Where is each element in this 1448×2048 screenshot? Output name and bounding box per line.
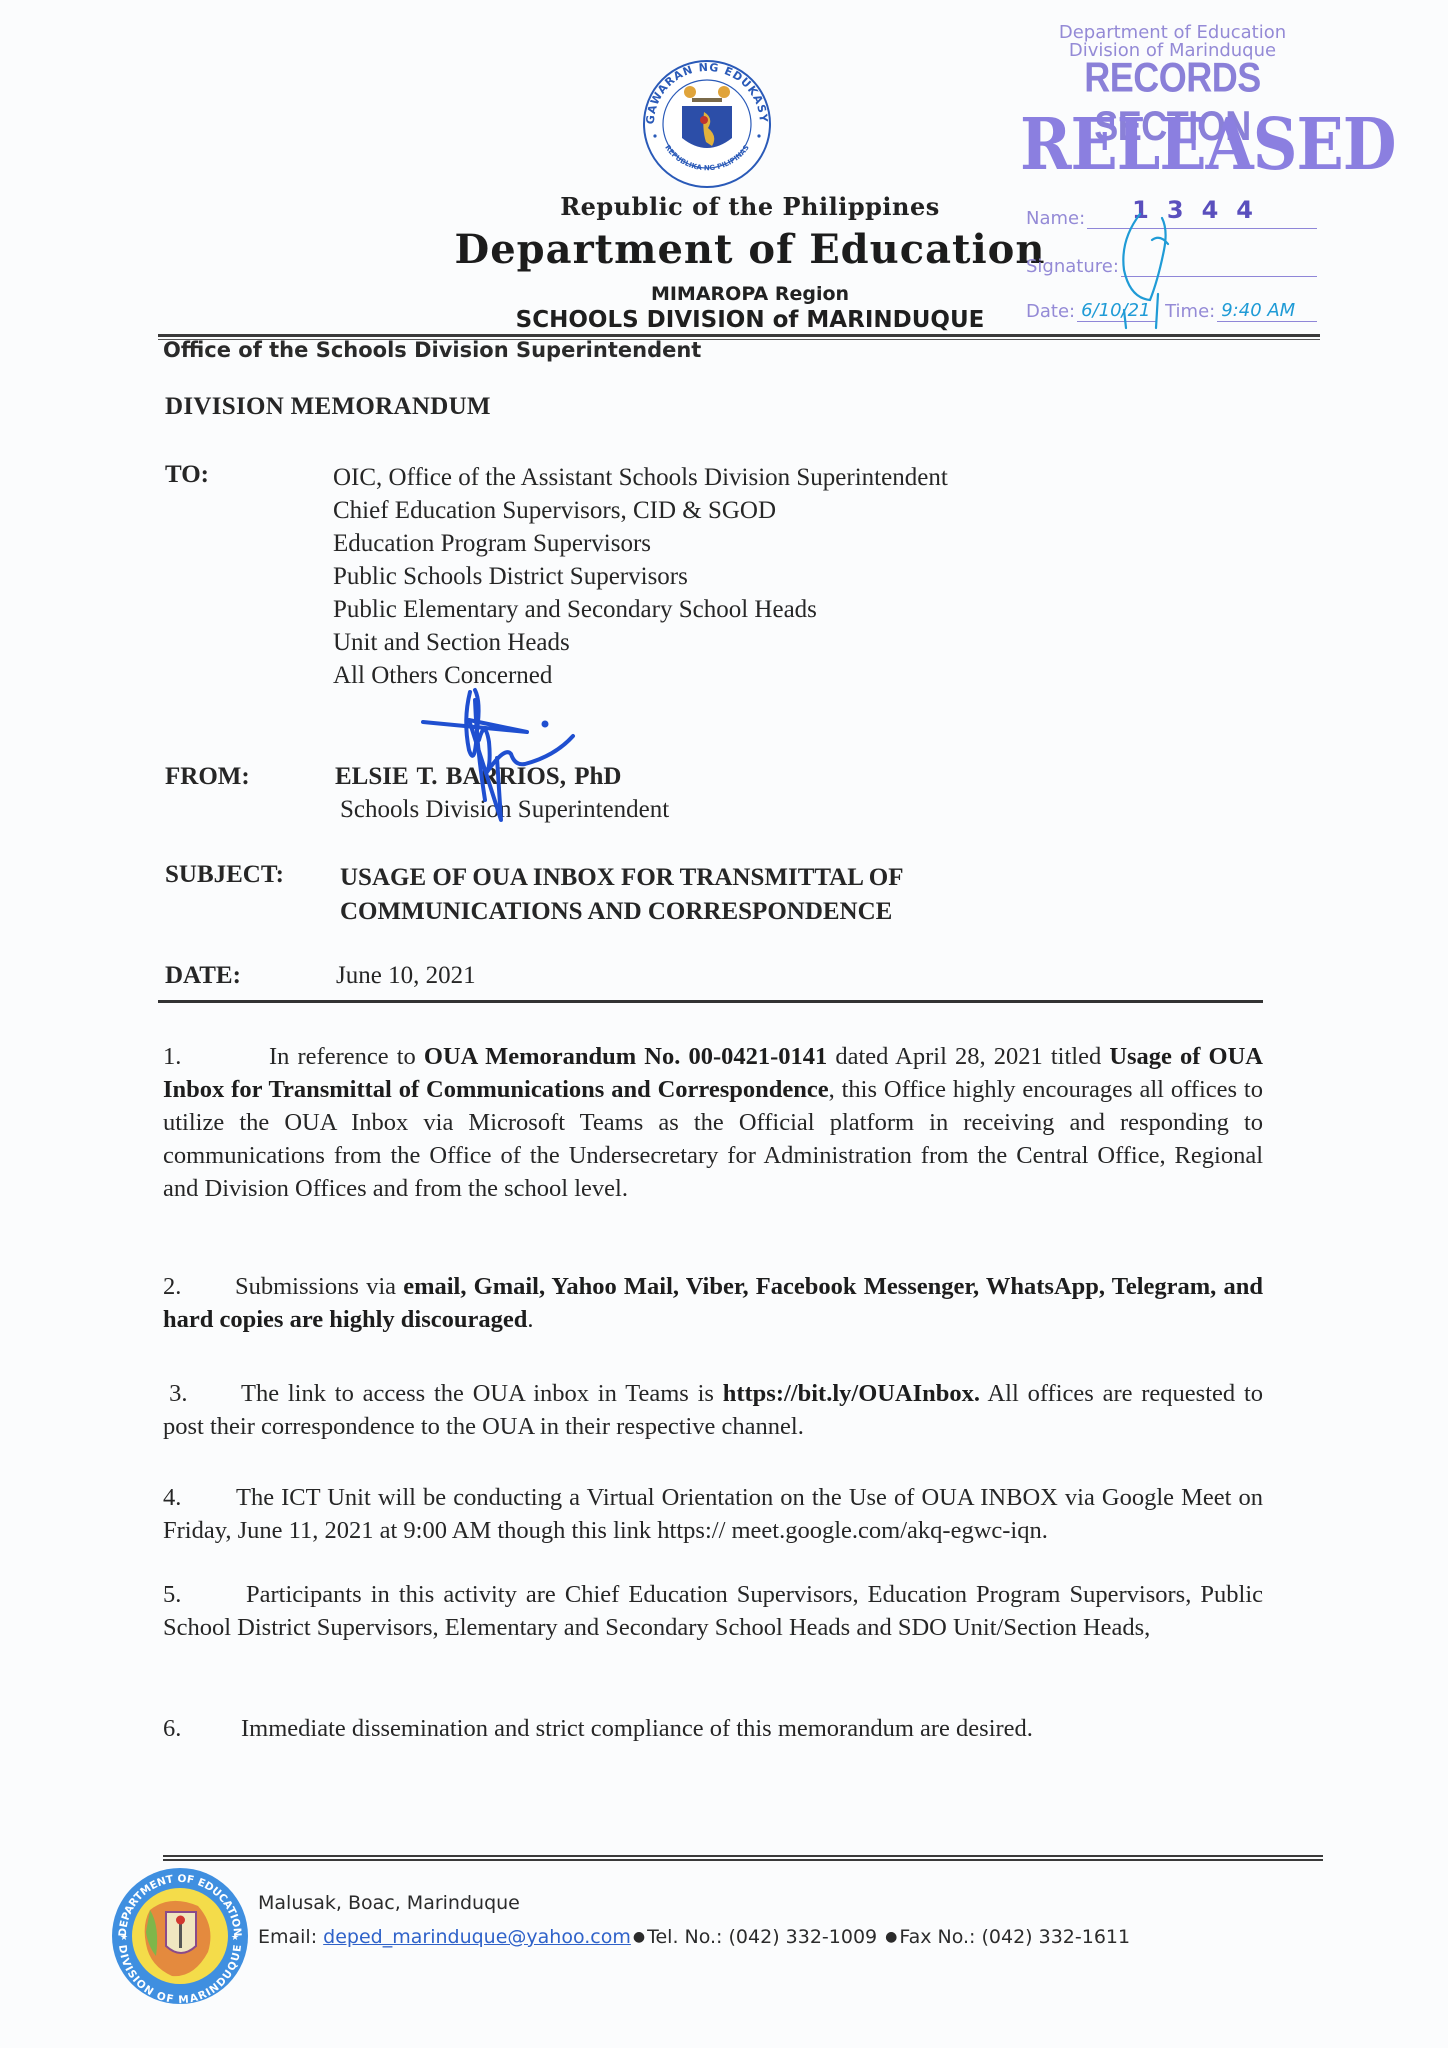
division-heading: SCHOOLS DIVISION of MARINDUQUE (420, 307, 1080, 333)
email-link[interactable]: deped_marinduque@yahoo.com (323, 1926, 631, 1948)
paragraph-number: 1. (163, 1043, 181, 1070)
division-logo-icon: DEPARTMENT OF EDUCATION DIVISION OF MARI… (110, 1866, 250, 2006)
paragraph-2: 2.Submissions via email, Gmail, Yahoo Ma… (163, 1270, 1263, 1336)
recipient-item: Public Elementary and Secondary School H… (333, 593, 948, 626)
superintendent-signature-icon (415, 680, 590, 845)
stamp-time-value: 9:40 AM (1221, 300, 1295, 321)
from-label: FROM: (165, 763, 250, 791)
recipient-list: OIC, Office of the Assistant Schools Div… (333, 461, 948, 692)
recipient-item: Unit and Section Heads (333, 626, 948, 659)
department-heading: Department of Education (440, 226, 1060, 273)
region-heading: MIMAROPA Region (500, 283, 1000, 305)
republic-heading: Republic of the Philippines (500, 192, 1000, 221)
subject-line: COMMUNICATIONS AND CORRESPONDENCE (340, 895, 904, 929)
footer-divider (163, 1855, 1323, 1861)
date-label: DATE: (165, 962, 241, 990)
stamp-signature-scribble-icon (1080, 210, 1210, 330)
footer-contact: Email: deped_marinduque@yahoo.com●Tel. N… (258, 1926, 1130, 1948)
svg-text:★: ★ (120, 1932, 128, 1942)
paragraph-5: 5.Participants in this activity are Chie… (163, 1578, 1263, 1644)
subject-text: USAGE OF OUA INBOX FOR TRANSMITTAL OF CO… (340, 861, 904, 929)
fax-label: Fax No.: (899, 1926, 975, 1948)
recipient-item: OIC, Office of the Assistant Schools Div… (333, 461, 948, 494)
bullet-icon: ● (633, 1929, 645, 1945)
oua-memo-reference: OUA Memorandum No. 00-0421-0141 (424, 1043, 827, 1070)
paragraph-6: 6.Immediate dissemination and strict com… (163, 1712, 1263, 1745)
tel-label: Tel. No.: (647, 1926, 722, 1948)
paragraph-4: 4.The ICT Unit will be conducting a Virt… (163, 1481, 1263, 1547)
paragraph-3: 3.The link to access the OUA inbox in Te… (163, 1377, 1263, 1443)
stamp-date-label: Date: (1026, 301, 1075, 322)
fax-number: (042) 332-1611 (982, 1926, 1131, 1948)
paragraph-number: 3. (169, 1380, 187, 1407)
memo-date: June 10, 2021 (336, 962, 476, 990)
oua-inbox-link[interactable]: https://bit.ly/OUAInbox. (723, 1380, 980, 1407)
paragraph-number: 2. (163, 1273, 181, 1300)
footer-address: Malusak, Boac, Marinduque (258, 1892, 520, 1914)
to-label: TO: (165, 461, 209, 489)
stamp-name-label: Name: (1026, 208, 1085, 229)
deped-seal-icon: KAGAWARAN NG EDUKASYON REPUBLIKA NG PILI… (632, 58, 782, 190)
paragraph-number: 6. (163, 1715, 181, 1742)
subject-line: USAGE OF OUA INBOX FOR TRANSMITTAL OF (340, 861, 904, 895)
svg-text:★: ★ (231, 1932, 239, 1942)
recipient-item: Public Schools District Supervisors (333, 560, 948, 593)
tel-number: (042) 332-1009 (729, 1926, 878, 1948)
date-divider (158, 1000, 1263, 1003)
recipient-item: Chief Education Supervisors, CID & SGOD (333, 494, 948, 527)
stamp-status: RELEASED (1020, 103, 1325, 187)
memo-title: DIVISION MEMORANDUM (165, 393, 491, 421)
email-label: Email: (258, 1926, 317, 1948)
paragraph-number: 4. (163, 1484, 181, 1511)
office-heading: Office of the Schools Division Superinte… (163, 338, 701, 362)
paragraph-1: 1.In reference to OUA Memorandum No. 00-… (163, 1040, 1263, 1205)
bullet-icon: ● (885, 1929, 897, 1945)
subject-label: SUBJECT: (165, 861, 284, 889)
paragraph-number: 5. (163, 1581, 181, 1608)
recipient-item: Education Program Supervisors (333, 527, 948, 560)
